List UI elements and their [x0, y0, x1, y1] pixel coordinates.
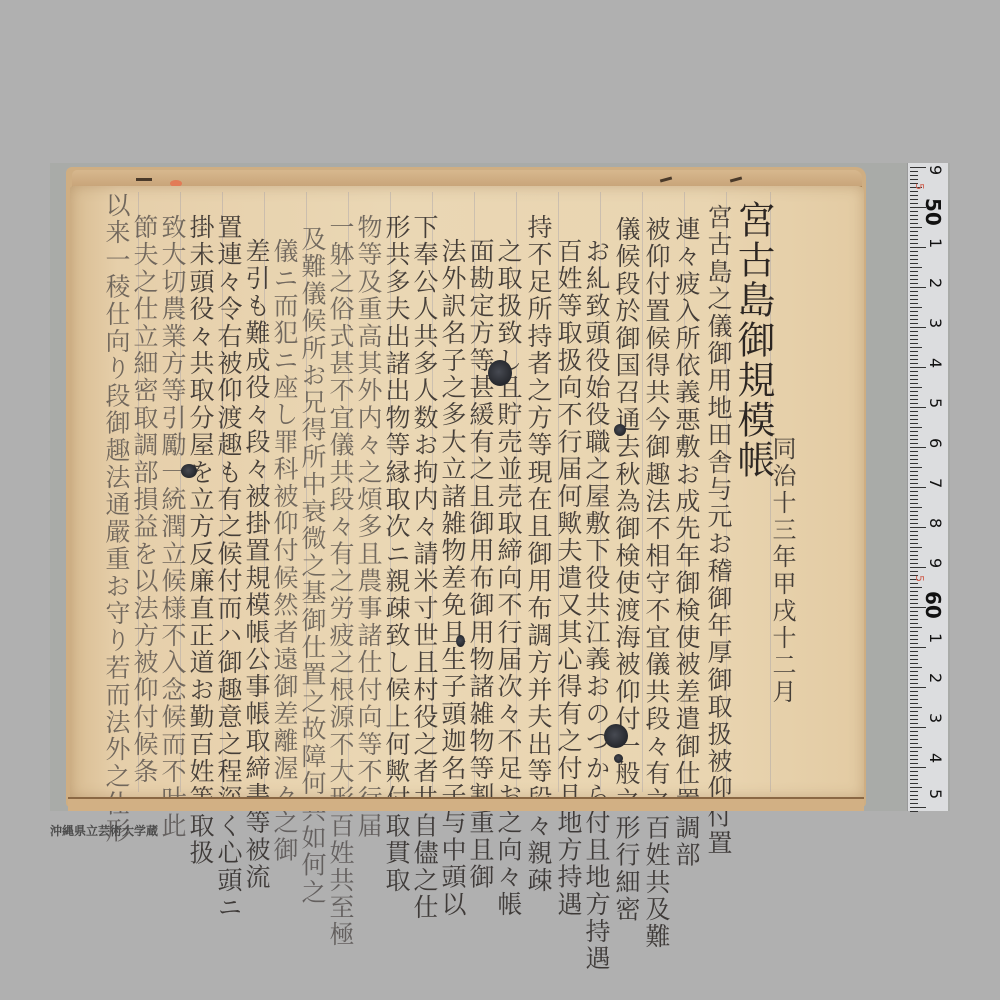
ink-blot — [488, 360, 512, 386]
text-column: 百姓等取扱向不行届何歟夫遣又其心得有之付且地方持遇 — [556, 238, 581, 918]
text-column: 被仰付置候得共今御趣法不相守不宜儀共段々有之百姓共及難 — [644, 216, 669, 950]
collection-caption: 沖縄県立芸術大学蔵 — [50, 822, 158, 839]
ruler-tick — [910, 787, 922, 788]
previous-page-edge — [72, 170, 862, 187]
ruler-tick — [910, 239, 918, 240]
ruler-tick — [910, 747, 922, 748]
ruler-tick — [910, 483, 918, 484]
ruler-tick — [910, 735, 918, 736]
text-column: 致大切農業方等引勵一統潤立候様不入念候而不叶此 — [160, 214, 185, 840]
text-column: 置連々令右被仰渡趣も有之候付而ハ御趣意之程深く心頭ニ — [216, 214, 241, 921]
ruler-tick — [910, 651, 918, 652]
ruler-tick — [910, 547, 922, 548]
ruler-tick — [910, 623, 918, 624]
ruler-tick — [910, 327, 926, 328]
ruler-tick — [910, 511, 918, 512]
ruler-tick — [910, 527, 926, 528]
ruler-tick — [910, 167, 926, 168]
page-stack-bottom — [68, 797, 864, 811]
ruler-tick — [910, 687, 926, 688]
ruler-tick — [910, 367, 926, 368]
ruler-label: 5 — [926, 789, 945, 799]
ruler-tick — [910, 635, 918, 636]
ruler-tick — [910, 315, 918, 316]
ruler-tick — [910, 719, 918, 720]
ruler-tick — [910, 707, 922, 708]
ruler-tick — [910, 319, 918, 320]
ruler-tick — [910, 259, 918, 260]
ruler-tick — [910, 691, 918, 692]
ruler-tick — [910, 563, 918, 564]
ruler-label: 9 — [926, 558, 945, 568]
ruler-tick — [910, 583, 918, 584]
ruler-tick — [910, 639, 918, 640]
ruler-tick — [910, 679, 918, 680]
text-column: お糺致頭役始役職之屋敷下役共江義おのつから付且地方持遇 — [584, 238, 609, 972]
ruler-tick — [910, 267, 922, 268]
ink-dot — [614, 754, 623, 763]
ruler-tick — [910, 799, 918, 800]
ruler-tick — [910, 307, 922, 308]
ruler-tick — [910, 371, 918, 372]
ruler-tick — [910, 379, 918, 380]
ruler-tick — [910, 655, 918, 656]
document-title: 宮古島御規模帳 — [734, 200, 772, 480]
ruler-label: 4 — [926, 753, 945, 763]
ruler-tick — [910, 303, 918, 304]
ruler-tick — [910, 407, 926, 408]
ruler-tick — [910, 647, 926, 648]
ruler-tick — [910, 759, 918, 760]
ruler-tick — [910, 695, 918, 696]
ruler-label: 1 — [926, 238, 945, 248]
ruler-tick — [910, 335, 918, 336]
ruler-tick — [910, 739, 918, 740]
ruler-tick — [910, 171, 918, 172]
ruler-tick — [910, 231, 918, 232]
ruler-tick — [910, 743, 918, 744]
text-column: 下奉公人共多人数お拘内々請米寸世且村役之者共自儘之仕 — [412, 214, 437, 921]
ruler-tick — [910, 275, 918, 276]
ruler-tick — [910, 523, 918, 524]
ruler-tick — [910, 703, 918, 704]
ruler-label: 60 — [921, 591, 945, 619]
ruler-label: 2 — [926, 278, 945, 288]
ink-blot — [604, 724, 628, 748]
ruler-tick — [910, 479, 918, 480]
ruler-tick — [910, 195, 918, 196]
text-column: 物等及重高其外内々之煩多且農事諸仕付向等不行届 — [356, 214, 381, 840]
ruler-tick — [910, 443, 918, 444]
ruler-tick — [910, 515, 918, 516]
ruler-tick — [910, 467, 922, 468]
ruler-tick — [910, 771, 918, 772]
ruler-tick — [910, 663, 918, 664]
ruler-tick — [910, 243, 918, 244]
ruler-tick — [910, 567, 926, 568]
ruler-label: 9 — [926, 165, 945, 175]
ruler-tick — [910, 423, 918, 424]
ruler-tick — [910, 439, 918, 440]
ruler-tick — [910, 767, 926, 768]
ruler-tick — [910, 287, 926, 288]
ruler-label: 1 — [926, 633, 945, 643]
ruler-tick — [910, 659, 918, 660]
ruler-tick — [910, 643, 918, 644]
ruler-tick — [910, 347, 922, 348]
ruler-tick — [910, 611, 918, 612]
text-column: 儀ニ而犯ニ座し罪科被仰付候然者遠御差離渥々之御 — [272, 238, 297, 864]
ruler-tick — [910, 559, 918, 560]
ruler-label: 6 — [926, 438, 945, 448]
text-column: 法外訳名子之多大立諸雑物差免且生子頭迦名子与中頭以 — [440, 238, 465, 918]
ruler-tick — [910, 503, 918, 504]
ruler-tick — [910, 251, 918, 252]
ruler-tick — [910, 227, 922, 228]
ruler-tick — [910, 215, 918, 216]
ruler-tick — [910, 447, 926, 448]
ink-blot — [181, 464, 197, 478]
ruler-tick — [910, 283, 918, 284]
ruler-tick — [910, 455, 918, 456]
ruler-tick — [910, 555, 918, 556]
ruler-tick — [910, 587, 922, 588]
ruler-tick — [910, 667, 922, 668]
ruler-tick — [910, 551, 918, 552]
ruler-tick — [910, 363, 918, 364]
ruler-tick — [910, 375, 918, 376]
ruler-tick — [910, 355, 918, 356]
ruler-tick — [910, 431, 918, 432]
ruler-tick — [910, 463, 918, 464]
ruler-tick — [910, 279, 918, 280]
text-column: 連々疲入所依義悪敷お成先年御検使被差遣御仕置調部 — [674, 216, 699, 869]
ruler-tick — [910, 199, 918, 200]
ruler-tick — [910, 603, 918, 604]
ruler-tick — [910, 711, 918, 712]
ruler-tick — [910, 475, 918, 476]
ruler-label: 2 — [926, 673, 945, 683]
ruler-tick — [910, 675, 918, 676]
text-column: 掛未頭役々共取分屋を立方反廉直正道お勤百姓等取扱 — [188, 214, 213, 867]
ruler-tick — [910, 411, 918, 412]
ruler-label: 3 — [926, 713, 945, 723]
ruler-tick — [910, 203, 918, 204]
ruler-tick — [910, 219, 918, 220]
ruler-tick — [910, 683, 918, 684]
ruler-tick — [910, 803, 918, 804]
text-column: 儀候段於御国召通去秋為御検使渡海被仰付一般之形行細密 — [614, 216, 639, 923]
ruler-tick — [910, 615, 918, 616]
ruler-tick — [910, 507, 922, 508]
ruler-tick — [910, 391, 918, 392]
ruler-tick — [910, 535, 918, 536]
ruler-label: 50 — [921, 198, 945, 226]
ruler-tick — [910, 415, 918, 416]
ruler-tick — [910, 247, 926, 248]
ruler-tick — [910, 459, 918, 460]
date-line: 同治十三年甲戌十二月 — [770, 436, 794, 706]
ruler-tick — [910, 235, 918, 236]
ruler-tick — [910, 543, 918, 544]
ruler-tick — [910, 223, 918, 224]
ruler-tick — [910, 427, 922, 428]
ruler-tick — [910, 263, 918, 264]
text-column: 之取扱致し且貯売並売取締向不行届次々不足お之向々帳 — [496, 238, 521, 918]
text-column: 宮古島之儀御用地田舎与元お稽御年厚御取扱被仰付置 — [706, 204, 731, 857]
text-column: 差引も難成役々段々被掛置規模帳公事帳取締書等被流 — [244, 238, 269, 891]
ruler-tick — [910, 175, 918, 176]
ruler-tick — [910, 395, 918, 396]
edge-ink-mark — [136, 178, 152, 181]
ruler-tick — [910, 519, 918, 520]
ruler-tick — [910, 699, 918, 700]
ruler-tick — [910, 383, 918, 384]
ruler-tick — [910, 671, 918, 672]
ruler-tick — [910, 323, 918, 324]
ruler-tick — [910, 191, 918, 192]
ruler-tick — [910, 539, 918, 540]
ruler-label: 5 — [913, 575, 926, 582]
ruler-tick — [910, 779, 918, 780]
ruler-tick — [910, 723, 918, 724]
ruler-tick — [910, 299, 918, 300]
text-column: 一躰之俗式甚不宜儀共段々有之労疲之根源不大形百姓共至極 — [328, 214, 353, 948]
ruler-tick — [910, 791, 918, 792]
ruler-tick — [910, 811, 918, 812]
ruler-tick — [910, 783, 918, 784]
ruler-tick — [910, 763, 918, 764]
ruler-label: 5 — [926, 398, 945, 408]
ruler-tick — [910, 179, 918, 180]
ruler-tick — [910, 751, 918, 752]
ruler-tick — [910, 359, 918, 360]
ruler-label: 5 — [913, 183, 926, 190]
ruler-tick — [910, 627, 922, 628]
ruler-tick — [910, 331, 918, 332]
ink-dot — [456, 635, 465, 647]
ruler-tick — [910, 311, 918, 312]
ruler-tick — [910, 755, 918, 756]
ruler-tick — [910, 399, 918, 400]
ruler-tick — [910, 591, 918, 592]
ruler-tick — [910, 775, 918, 776]
ruler-tick — [910, 531, 918, 532]
ruler-tick — [910, 495, 918, 496]
ruler-tick — [910, 403, 918, 404]
ruler-tick — [910, 255, 918, 256]
ruler-tick — [910, 731, 918, 732]
manuscript-page: 宮古島御規模帳 同治十三年甲戌十二月 宮古島之儀御用地田舎与元お稽御年厚御取扱被… — [70, 186, 864, 798]
ruler-tick — [910, 387, 922, 388]
ruler-tick — [910, 351, 918, 352]
ruler-tick — [910, 291, 918, 292]
ruler-label: 3 — [926, 318, 945, 328]
ruler-tick — [910, 211, 918, 212]
ruler-label: 8 — [926, 518, 945, 528]
text-column: 節夫之仕立細密取調部損益を以法方被仰付候条 — [132, 214, 157, 785]
ruler-label: 7 — [926, 478, 945, 488]
measurement-ruler: 955012345678956012345 — [907, 163, 948, 811]
ruler-tick — [910, 807, 926, 808]
ruler-tick — [910, 795, 918, 796]
ruler-tick — [910, 619, 918, 620]
ruler-tick — [910, 271, 918, 272]
ruler-tick — [910, 487, 926, 488]
ruler-tick — [910, 727, 926, 728]
ruler-tick — [910, 491, 918, 492]
ruler-tick — [910, 419, 918, 420]
ruler-tick — [910, 631, 918, 632]
ruler-tick — [910, 599, 918, 600]
ruler-tick — [910, 571, 918, 572]
ruler-tick — [910, 343, 918, 344]
ruler-tick — [910, 715, 918, 716]
ruler-label: 4 — [926, 358, 945, 368]
ruler-tick — [910, 295, 918, 296]
text-column: 形共多夫出諸出物等縁取次ニ親疎致し候上何歟付取貫取 — [384, 214, 409, 894]
ruler-tick — [910, 451, 918, 452]
ink-dot — [614, 424, 626, 436]
ruler-tick — [910, 499, 918, 500]
ruler-tick — [910, 471, 918, 472]
text-column: 持不足所持者之方等現在且御用布調方并夫出等段々親疎 — [526, 214, 551, 894]
ruler-tick — [910, 435, 918, 436]
ruler-tick — [910, 339, 918, 340]
text-column: 面勘定方等甚緩有之且御用布御用物諸雑物等割重且御 — [468, 238, 493, 891]
ruler-tick — [910, 595, 918, 596]
text-column: 以来一稜仕向り段御趣法通嚴重お守り若而法外之仕形 — [104, 192, 129, 845]
